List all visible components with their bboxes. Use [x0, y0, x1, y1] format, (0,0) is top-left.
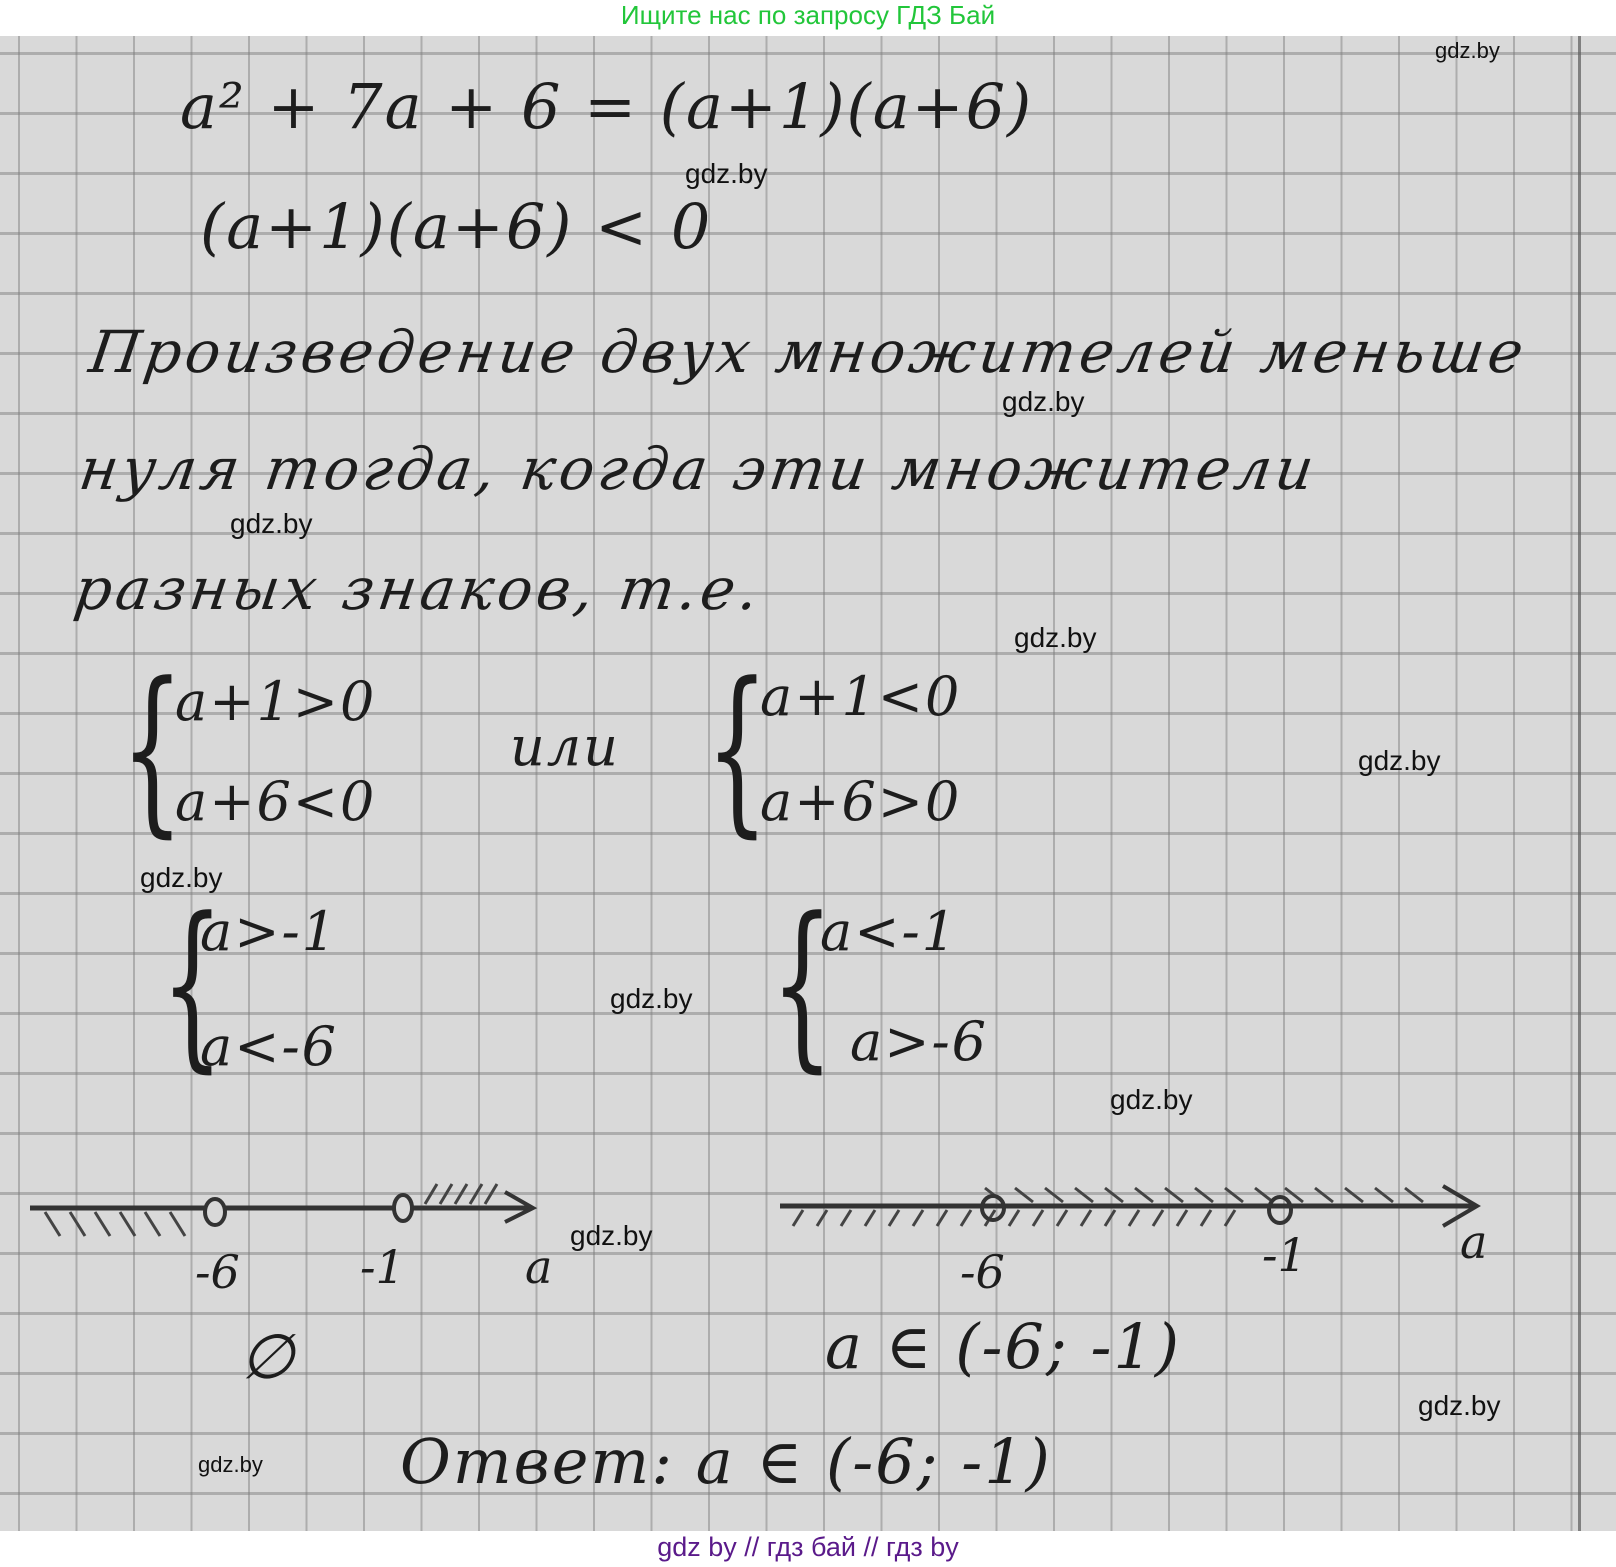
inequality-line: (a+1)(a+6) < 0	[200, 190, 712, 263]
system1-line-1: a+1>0	[175, 670, 376, 733]
system2-solved-line-1: a<-1	[820, 900, 958, 963]
watermark: gdz.by	[610, 983, 693, 1015]
system2-line-2: a+6>0	[760, 770, 961, 833]
watermark: gdz.by	[230, 508, 313, 540]
numberline1-axis: a	[525, 1240, 552, 1294]
watermark: gdz.by	[1418, 1390, 1501, 1422]
numberline2-point-a: -6	[960, 1245, 1005, 1299]
watermark: gdz.by	[198, 1452, 263, 1478]
explanation-line-1: Произведение двух множителей меньше	[85, 318, 1531, 386]
system2-solved-line-2: a>-6	[850, 1010, 988, 1073]
watermark: gdz.by	[1435, 38, 1500, 64]
watermark: gdz.by	[685, 158, 768, 190]
numberline2-axis: a	[1460, 1215, 1487, 1269]
numberline2-result: a ∈ (-6; -1)	[825, 1310, 1181, 1383]
final-answer: Ответ: a ∈ (-6; -1)	[400, 1425, 1052, 1498]
watermark: gdz.by	[1358, 745, 1441, 777]
number-line-1	[25, 1170, 585, 1250]
numberline1-result: ∅	[240, 1320, 296, 1393]
watermark: gdz.by	[140, 862, 223, 894]
margin-line	[1578, 36, 1581, 1531]
system1-solved-line-1: a>-1	[200, 900, 338, 963]
system1-line-2: a+6<0	[175, 770, 376, 833]
watermark: gdz.by	[1110, 1084, 1193, 1116]
system1-solved-line-2: a<-6	[200, 1015, 338, 1078]
watermark: gdz.by	[1002, 386, 1085, 418]
watermark: gdz.by	[1014, 622, 1097, 654]
explanation-line-3: разных знаков, т.е.	[70, 555, 766, 623]
explanation-line-2: нуля тогда, когда эти множители	[75, 435, 1322, 503]
search-banner: Ищите нас по запросу ГДЗ Бай	[0, 0, 1616, 36]
numberline1-point-a: -6	[195, 1245, 240, 1299]
footer-banner: gdz by // гдз бай // гдз by	[0, 1531, 1616, 1567]
factorization-line: a² + 7a + 6 = (a+1)(a+6)	[180, 70, 1033, 143]
watermark: gdz.by	[570, 1220, 653, 1252]
connector-or: или	[510, 715, 620, 778]
numberline2-point-b: -1	[1262, 1228, 1307, 1282]
numberline1-point-b: -1	[360, 1240, 405, 1294]
number-line-2	[775, 1168, 1495, 1248]
system2-line-1: a+1<0	[760, 665, 961, 728]
